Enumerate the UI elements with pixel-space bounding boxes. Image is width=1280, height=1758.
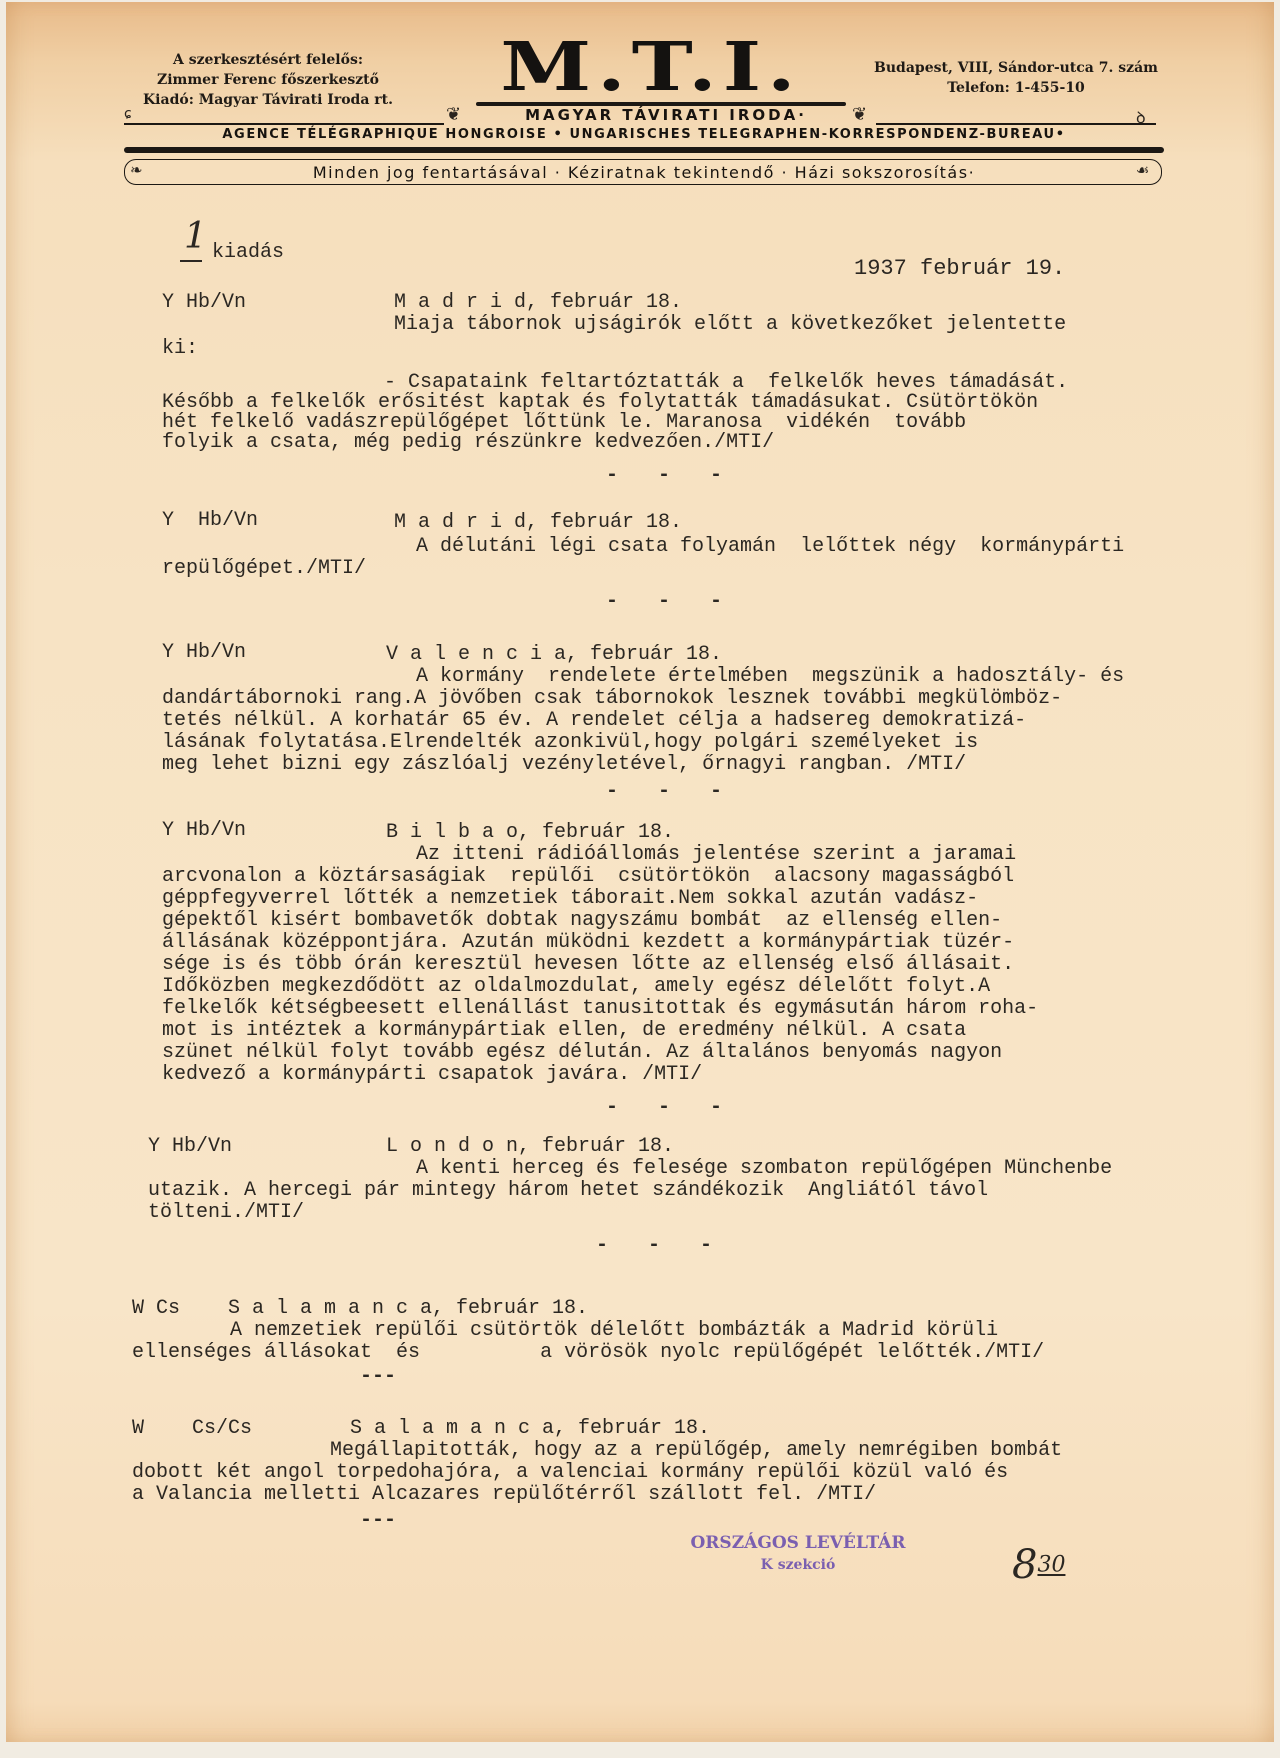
- article-line: szünet nélkül folyt tovább egész délután…: [162, 1042, 1002, 1064]
- article-line: A nemzetiek repülői csütörtök délelőtt b…: [230, 1320, 998, 1342]
- rights-notice: Minden jog fentartásával · Kéziratnak te…: [124, 162, 1164, 184]
- flourish-left-icon: ❦: [446, 104, 461, 125]
- banner-thick-rule: [124, 147, 1164, 153]
- article-line: arcvonalon a köztársaságiak repülői csüt…: [162, 866, 1014, 888]
- flourish-far-left-icon: ɕ: [124, 106, 132, 122]
- article-line: tölteni./MTI/: [148, 1202, 304, 1224]
- article-dateline: V a l e n c i a, február 18.: [386, 644, 722, 666]
- header-rule-left: [124, 123, 444, 125]
- article-code: Y Hb/Vn: [162, 292, 246, 314]
- publisher-line: Kiadó: Magyar Távirati Iroda rt.: [118, 90, 418, 110]
- article-line: felkelők kétségbeesett ellenállást tanus…: [162, 998, 1038, 1020]
- article-line: Az itteni rádióállomás jelentése szerint…: [416, 844, 1016, 866]
- article-code: Y Hb/Vn: [162, 642, 246, 664]
- edition-label: kiadás: [212, 242, 284, 264]
- article-code: Y Hb/Vn: [162, 510, 258, 532]
- letterhead-editor-info: A szerkesztésért felelős: Zimmer Ferenc …: [118, 50, 418, 110]
- article-line: tetés nélkül. A korhatár 65 év. A rendel…: [162, 710, 1026, 732]
- edition-number-handwritten: 1: [184, 216, 207, 257]
- article-separator-short: ---: [360, 1366, 396, 1388]
- agency-languages-banner: AGENCE TÉLÉGRAPHIQUE HONGROISE • UNGARIS…: [124, 127, 1164, 143]
- article-line: kedvező a kormánypárti csapatok javára. …: [162, 1064, 702, 1086]
- flourish-far-right-icon: ꝺ: [1136, 106, 1146, 128]
- article-line: ki:: [162, 338, 198, 360]
- article-dateline: M a d r i d, február 18.: [394, 292, 682, 314]
- article-line: ellenséges állásokat és a vörösök nyolc …: [132, 1342, 1044, 1364]
- article-line: Miaja tábornok ujságirók előtt a követke…: [394, 314, 1066, 336]
- article-dateline: M a d r i d, február 18.: [394, 512, 682, 534]
- article-dateline: S a l a m a n c a, február 18.: [228, 1298, 588, 1320]
- edition-date: 1937 február 19.: [854, 258, 1065, 280]
- article-separator: - - -: [606, 1096, 736, 1119]
- article-dateline: L o n d o n, február 18.: [386, 1136, 674, 1158]
- handwritten-hour: 8: [1012, 1542, 1037, 1588]
- article-code: Y Hb/Vn: [148, 1136, 232, 1158]
- article-line: Megállapitották, hogy az a repülőgép, am…: [330, 1440, 1062, 1462]
- editor-line-1: A szerkesztésért felelős:: [118, 50, 418, 70]
- editor-line-2: Zimmer Ferenc főszerkesztő: [118, 70, 418, 90]
- article-line: folyik a csata, még pedig részünkre kedv…: [162, 432, 774, 454]
- archive-stamp: ORSZÁGOS LEVÉLTÁR K szekció: [678, 1532, 918, 1576]
- letterhead-address: Budapest, VIII, Sándor-utca 7. szám Tele…: [856, 58, 1176, 98]
- header-rule-right: [876, 123, 1156, 125]
- article-line: dandártábornoki rang.A jövőben csak tábo…: [162, 688, 1062, 710]
- address-line: Budapest, VIII, Sándor-utca 7. szám: [856, 58, 1176, 78]
- stamp-line-2: K szekció: [678, 1554, 918, 1576]
- article-line: állásának középpontjára. Azután müködni …: [162, 932, 1014, 954]
- article-dateline: S a l a m a n c a, február 18.: [350, 1418, 710, 1440]
- notice-flourish-left-icon: ❧: [130, 161, 143, 179]
- article-separator-short: ---: [360, 1510, 396, 1532]
- article-separator: - - -: [606, 780, 736, 803]
- article-separator: - - -: [596, 1234, 726, 1257]
- article-separator: - - -: [606, 464, 736, 487]
- article-line: lásának folytatása.Elrendelték azonkivül…: [162, 732, 978, 754]
- article-dateline: B i l b a o, február 18.: [386, 822, 674, 844]
- article-line: meg lehet bizni egy zászlóalj vezényleté…: [162, 754, 966, 776]
- edition-underline: [180, 260, 202, 262]
- article-line: dobott két angol torpedohajóra, a valenc…: [132, 1462, 1008, 1484]
- article-line: repülőgépet./MTI/: [162, 558, 366, 580]
- article-line: mot is intéztek a kormánypártiak ellen, …: [162, 1020, 966, 1042]
- phone-line: Telefon: 1-455-10: [856, 78, 1176, 98]
- mti-logo: M.T.I.: [456, 40, 846, 94]
- article-line: sége is és több órán keresztül hevesen l…: [162, 954, 1014, 976]
- article-code: Y Hb/Vn: [162, 820, 246, 842]
- article-line: géppfegyverrel lőtték a nemzetiek tábora…: [162, 888, 978, 910]
- article-line: A kormány rendelete értelmében megszünik…: [416, 666, 1124, 688]
- article-line: gépektől kisért bombavetők dobtak nagysz…: [162, 910, 1002, 932]
- article-code: W Cs/Cs: [132, 1418, 252, 1440]
- handwritten-time: 830: [1012, 1542, 1065, 1588]
- document-page: A szerkesztésért felelős: Zimmer Ferenc …: [6, 2, 1274, 1742]
- agency-name-banner: MAGYAR TÁVIRATI IRODA·: [476, 106, 856, 124]
- article-line: A délutáni légi csata folyamán lelőttek …: [416, 536, 1124, 558]
- article-separator: - - -: [606, 590, 736, 613]
- notice-flourish-right-icon: ☙: [1136, 161, 1149, 179]
- article-line: A kenti herceg és felesége szombaton rep…: [416, 1158, 1112, 1180]
- article-line: Időközben megkezdődött az oldalmozdulat,…: [162, 976, 990, 998]
- article-code: W Cs: [132, 1298, 180, 1320]
- article-line: utazik. A hercegi pár mintegy három hete…: [148, 1180, 988, 1202]
- handwritten-minute: 30: [1037, 1553, 1065, 1578]
- stamp-line-1: ORSZÁGOS LEVÉLTÁR: [678, 1532, 918, 1554]
- article-line: a Valancia melletti Alcazares repülőtérr…: [132, 1484, 876, 1506]
